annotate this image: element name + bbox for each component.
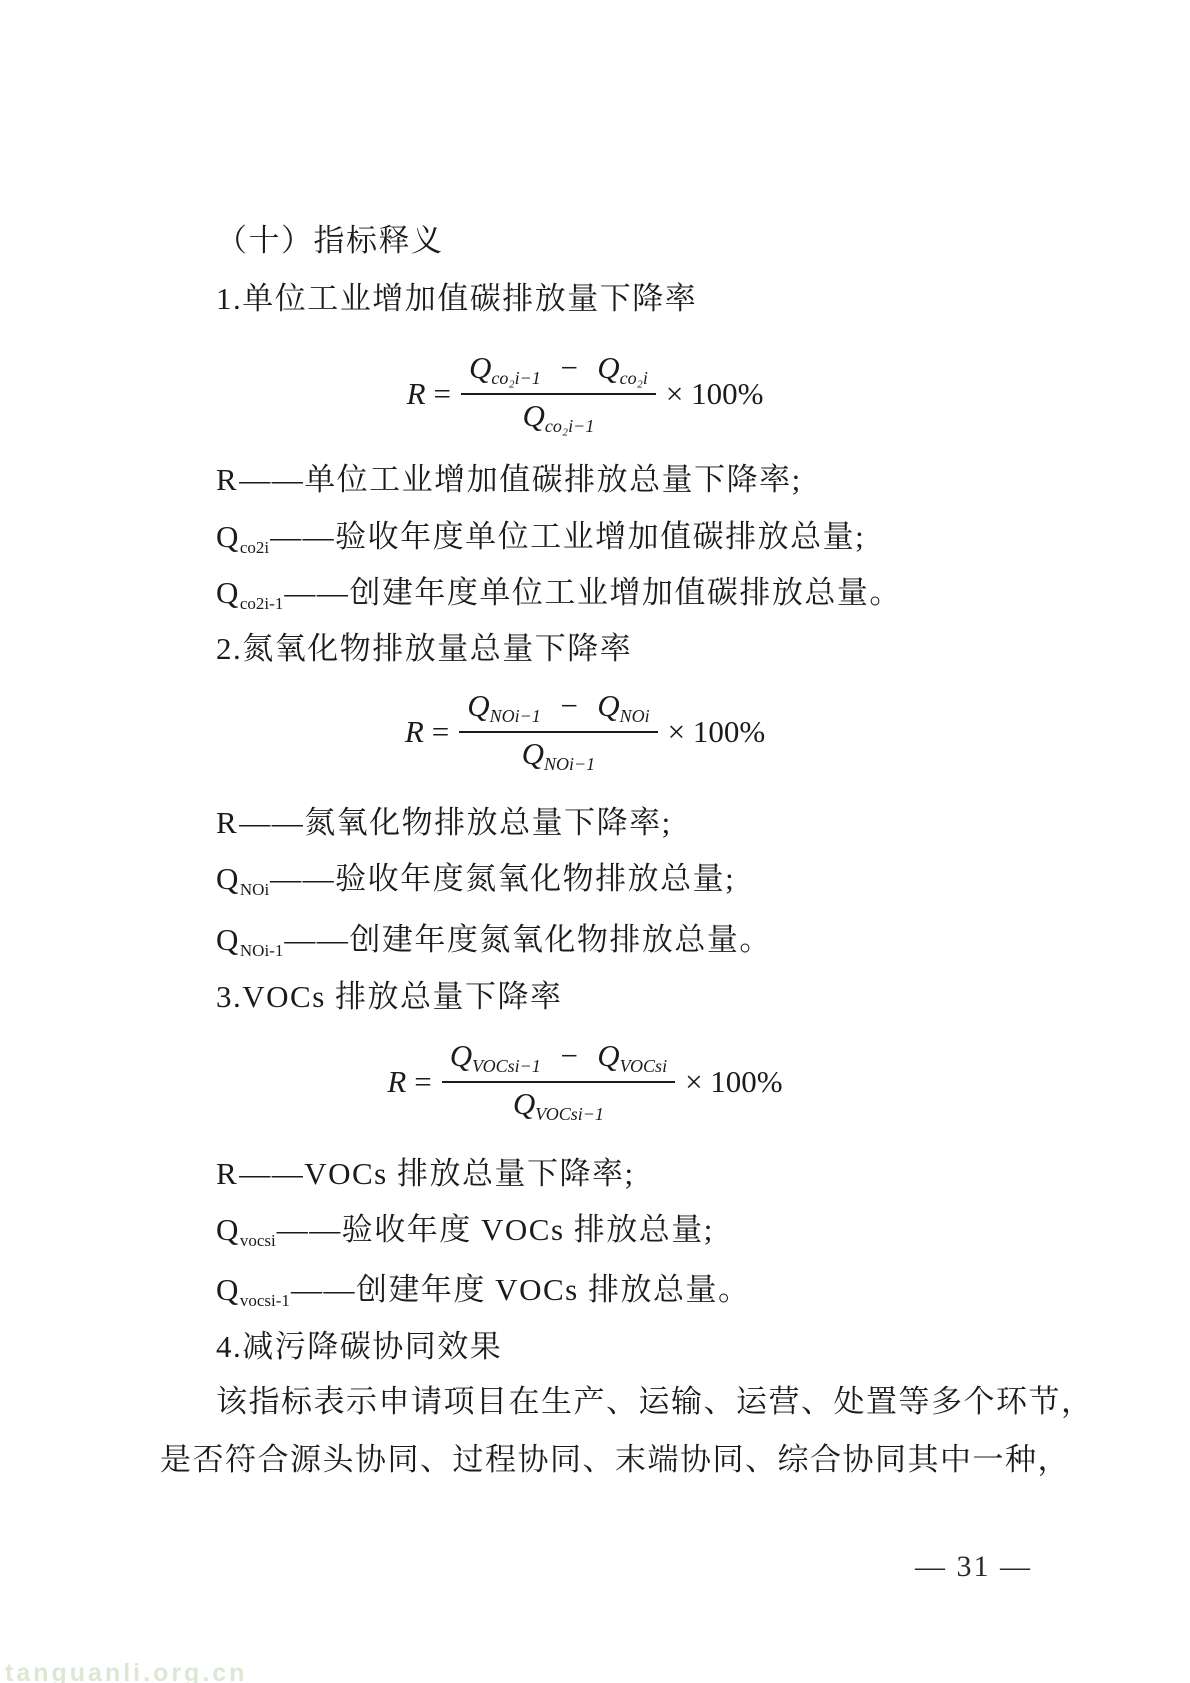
page-number: — 31 — (915, 1550, 1032, 1584)
symbol-subscript: vocsi-1 (240, 1291, 290, 1310)
q-subscript: NOi−1 (490, 706, 541, 726)
fraction-numerator: Qco₂i−1 − Qco₂i (461, 350, 656, 395)
formula-lhs: R (387, 1064, 406, 1100)
definition-line: Qvocsi-1——创建年度 VOCs 排放总量。 (216, 1271, 750, 1311)
definition-text: ——创建年度氮氧化物排放总量。 (284, 922, 772, 957)
document-page: （十）指标释义 1.单位工业增加值碳排放量下降率 R = Qco₂i−1 − Q… (0, 0, 1190, 1683)
fraction: QVOCsi−1 − QVOCsi QVOCsi−1 (442, 1038, 675, 1125)
formula-equals: = (432, 714, 449, 750)
formula-vocs: R = QVOCsi−1 − QVOCsi QVOCsi−1 × 100% (160, 1038, 1010, 1125)
q-symbol: Q (597, 1038, 619, 1073)
fraction-denominator: QVOCsi−1 (513, 1083, 604, 1125)
q-subscript: co₂i (620, 368, 648, 388)
symbol-subscript: NOi-1 (240, 941, 283, 960)
definition-text: ——氮氧化物排放总量下降率; (239, 805, 672, 840)
fraction-denominator: QNOi−1 (522, 733, 596, 775)
symbol: R (216, 805, 238, 840)
definition-line: Qco2i-1——创建年度单位工业增加值碳排放总量。 (216, 574, 902, 614)
q-symbol: Q (523, 398, 545, 433)
paragraph-line: 是否符合源头协同、过程协同、末端协同、综合协同其中一种， (160, 1441, 1070, 1480)
q-symbol: Q (467, 688, 489, 723)
formula-nox: R = QNOi−1 − QNOi QNOi−1 × 100% (160, 688, 1010, 775)
minus-sign: − (559, 1038, 580, 1073)
fraction: QNOi−1 − QNOi QNOi−1 (459, 688, 657, 775)
minus-sign: − (559, 688, 580, 723)
times-100-percent: × 100% (668, 714, 766, 750)
formula-lhs: R (405, 714, 424, 750)
q-symbol: Q (450, 1038, 472, 1073)
symbol-subscript: co2i-1 (240, 594, 283, 613)
definition-text: ——创建年度 VOCs 排放总量。 (291, 1272, 751, 1307)
symbol: Q (216, 922, 240, 957)
symbol-subscript: vocsi (240, 1231, 276, 1250)
symbol-subscript: co2i (240, 538, 269, 557)
fraction-denominator: Qco₂i−1 (523, 395, 595, 437)
symbol: Q (216, 575, 240, 610)
definition-line: R——VOCs 排放总量下降率; (216, 1155, 635, 1195)
definition-text: ——验收年度 VOCs 排放总量; (277, 1212, 714, 1247)
symbol: Q (216, 519, 240, 554)
q-subscript: co₂i−1 (545, 416, 594, 436)
item-3-title: 3.VOCs 排放总量下降率 (216, 978, 563, 1017)
q-subscript: VOCsi−1 (535, 1104, 604, 1124)
definition-text: ——创建年度单位工业增加值碳排放总量。 (284, 575, 902, 610)
minus-sign: − (559, 350, 580, 385)
q-symbol: Q (597, 688, 619, 723)
q-symbol: Q (597, 350, 619, 385)
symbol: Q (216, 1272, 240, 1307)
formula-equals: = (434, 376, 451, 412)
definition-line: QNOi——验收年度氮氧化物排放总量; (216, 860, 735, 900)
paragraph-line: 该指标表示申请项目在生产、运输、运营、处置等多个环节， (216, 1383, 1094, 1422)
symbol: Q (216, 1212, 240, 1247)
fraction: Qco₂i−1 − Qco₂i Qco₂i−1 (461, 350, 656, 437)
item-2-title: 2.氮氧化物排放量总量下降率 (216, 630, 632, 669)
definition-line: QNOi-1——创建年度氮氧化物排放总量。 (216, 921, 772, 961)
fraction-numerator: QVOCsi−1 − QVOCsi (442, 1038, 675, 1083)
definition-text: ——验收年度氮氧化物排放总量; (270, 861, 735, 896)
q-symbol: Q (522, 736, 544, 771)
q-symbol: Q (513, 1086, 535, 1121)
definition-line: Qvocsi——验收年度 VOCs 排放总量; (216, 1211, 714, 1251)
q-subscript: NOi (620, 706, 650, 726)
definition-text: ——单位工业增加值碳排放总量下降率; (239, 462, 802, 497)
section-heading: （十）指标释义 (216, 222, 444, 261)
symbol: R (216, 462, 238, 497)
formula-lhs: R (407, 376, 426, 412)
definition-line: R——单位工业增加值碳排放总量下降率; (216, 461, 802, 501)
formula-co2: R = Qco₂i−1 − Qco₂i Qco₂i−1 × 100% (160, 350, 1010, 437)
definition-text: ——VOCs 排放总量下降率; (239, 1156, 634, 1191)
times-100-percent: × 100% (666, 376, 764, 412)
q-subscript: co₂i−1 (491, 368, 540, 388)
watermark-text: tanguanli.org.cn (5, 1659, 247, 1683)
definition-line: R——氮氧化物排放总量下降率; (216, 804, 672, 844)
definition-text: ——验收年度单位工业增加值碳排放总量; (270, 519, 865, 554)
times-100-percent: × 100% (685, 1064, 783, 1100)
symbol: Q (216, 861, 240, 896)
item-4-title: 4.减污降碳协同效果 (216, 1328, 502, 1367)
q-subscript: NOi−1 (544, 754, 595, 774)
q-symbol: Q (469, 350, 491, 385)
formula-equals: = (414, 1064, 431, 1100)
item-1-title: 1.单位工业增加值碳排放量下降率 (216, 280, 697, 319)
definition-line: Qco2i——验收年度单位工业增加值碳排放总量; (216, 518, 865, 558)
symbol: R (216, 1156, 238, 1191)
q-subscript: VOCsi−1 (472, 1056, 541, 1076)
q-subscript: VOCsi (620, 1056, 667, 1076)
symbol-subscript: NOi (240, 880, 269, 899)
fraction-numerator: QNOi−1 − QNOi (459, 688, 657, 733)
